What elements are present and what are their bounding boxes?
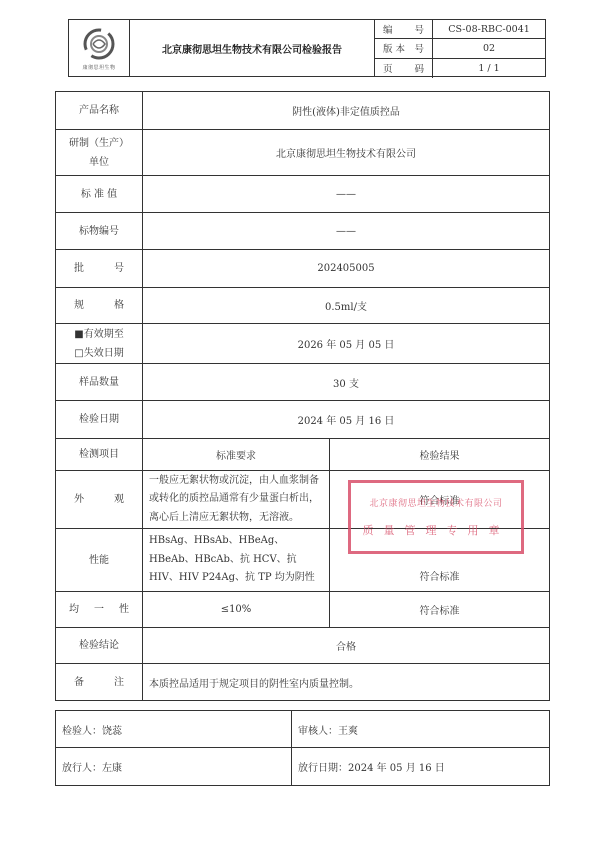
label: 产品名称 xyxy=(56,92,143,129)
meta-label: 版 本号 xyxy=(375,39,433,57)
column-header: 检验结果 xyxy=(330,439,549,470)
reviewer: 审核人：王爽 xyxy=(292,711,549,747)
signature-row: 放行人：左康 放行日期：2024 年 05 月 16 日 xyxy=(56,748,549,785)
tests-header-row: 检测项目 标准要求 检验结果 xyxy=(56,439,549,471)
document-number: CS-08-RBC-0041 xyxy=(433,20,545,38)
version-number: 02 xyxy=(433,39,545,57)
test-item: 均一性 xyxy=(56,592,143,627)
label: 检验日期 xyxy=(56,401,143,438)
label: 规格 xyxy=(56,288,143,323)
meta-row-version: 版 本号 02 xyxy=(375,39,545,58)
label: 备注 xyxy=(56,664,143,700)
label: 研制（生产） 单位 xyxy=(56,130,143,175)
release-date: 放行日期：2024 年 05 月 16 日 xyxy=(292,748,549,785)
label: 样品数量 xyxy=(56,364,143,400)
meta-label: 页码 xyxy=(375,59,433,78)
test-requirement: HBsAg、HBsAb、HBeAg、HBeAb、HBcAb、抗 HCV、抗 HI… xyxy=(143,529,330,591)
inspector: 检验人：饶蕊 xyxy=(56,711,292,747)
page-number: 1 / 1 xyxy=(433,59,545,78)
conclusion-value: 合格 xyxy=(143,628,549,663)
row-quantity: 样品数量 30 支 xyxy=(56,364,549,401)
test-result: 符合标准 xyxy=(330,592,549,627)
test-item: 性能 xyxy=(56,529,143,591)
expiry-date: 2026 年 05 月 05 日 xyxy=(143,324,549,363)
meta-row-page: 页码 1 / 1 xyxy=(375,59,545,78)
batch-number: 202405005 xyxy=(143,250,549,287)
test-result: 符合标准 xyxy=(330,529,549,591)
row-standard-value: 标 准 值 —— xyxy=(56,176,549,213)
meta-row-number: 编号 CS-08-RBC-0041 xyxy=(375,20,545,39)
product-name: 阴性(液体)非定值质控品 xyxy=(143,92,549,129)
standard-material-number: —— xyxy=(143,213,549,249)
label: 标 准 值 xyxy=(56,176,143,212)
company-logo: 康彻思坦生物 xyxy=(68,19,130,77)
manufacturer: 北京康彻思坦生物技术有限公司 xyxy=(143,130,549,175)
logo-text: 康彻思坦生物 xyxy=(82,64,115,71)
inspection-table: 产品名称 阴性(液体)非定值质控品 研制（生产） 单位 北京康彻思坦生物技术有限… xyxy=(55,91,550,701)
test-item: 外观 xyxy=(56,471,143,528)
releaser: 放行人：左康 xyxy=(56,748,292,785)
test-row-appearance: 外观 一般应无絮状物或沉淀，由人血浆制备或转化的质控品通常有少量蛋白析出，离心后… xyxy=(56,471,549,529)
label: 标物编号 xyxy=(56,213,143,249)
test-result: 符合标准 xyxy=(330,471,549,528)
row-spec: 规格 0.5ml/支 xyxy=(56,288,549,324)
row-test-date: 检验日期 2024 年 05 月 16 日 xyxy=(56,401,549,439)
document-meta: 编号 CS-08-RBC-0041 版 本号 02 页码 1 / 1 xyxy=(374,19,546,77)
column-header: 检测项目 xyxy=(56,439,143,470)
row-batch: 批号 202405005 xyxy=(56,250,549,288)
row-conclusion: 检验结论 合格 xyxy=(56,628,549,664)
row-remarks: 备注 本质控品适用于规定项目的阴性室内质量控制。 xyxy=(56,664,549,700)
row-product-name: 产品名称 阴性(液体)非定值质控品 xyxy=(56,92,549,130)
column-header: 标准要求 xyxy=(143,439,330,470)
test-row-performance: 性能 HBsAg、HBsAb、HBeAg、HBeAb、HBcAb、抗 HCV、抗… xyxy=(56,529,549,592)
label: 检验结论 xyxy=(56,628,143,663)
remarks-value: 本质控品适用于规定项目的阴性室内质量控制。 xyxy=(143,664,549,700)
test-date: 2024 年 05 月 16 日 xyxy=(143,401,549,438)
report-title: 北京康彻思坦生物技术有限公司检验报告 xyxy=(130,19,374,77)
row-manufacturer: 研制（生产） 单位 北京康彻思坦生物技术有限公司 xyxy=(56,130,549,176)
logo-swirl-icon xyxy=(81,26,117,62)
test-row-uniformity: 均一性 ≤10% 符合标准 xyxy=(56,592,549,628)
label: 批号 xyxy=(56,250,143,287)
specification: 0.5ml/支 xyxy=(143,288,549,323)
label: ■有效期至 □失效日期 xyxy=(56,324,143,363)
meta-label: 编号 xyxy=(375,20,433,38)
signature-table: 检验人：饶蕊 审核人：王爽 放行人：左康 放行日期：2024 年 05 月 16… xyxy=(55,710,550,786)
test-requirement: 一般应无絮状物或沉淀，由人血浆制备或转化的质控品通常有少量蛋白析出，离心后上清应… xyxy=(143,471,330,528)
row-standard-material: 标物编号 —— xyxy=(56,213,549,250)
sample-quantity: 30 支 xyxy=(143,364,549,400)
row-expiry: ■有效期至 □失效日期 2026 年 05 月 05 日 xyxy=(56,324,549,364)
standard-value: —— xyxy=(143,176,549,212)
signature-row: 检验人：饶蕊 审核人：王爽 xyxy=(56,711,549,748)
test-requirement: ≤10% xyxy=(143,592,330,627)
